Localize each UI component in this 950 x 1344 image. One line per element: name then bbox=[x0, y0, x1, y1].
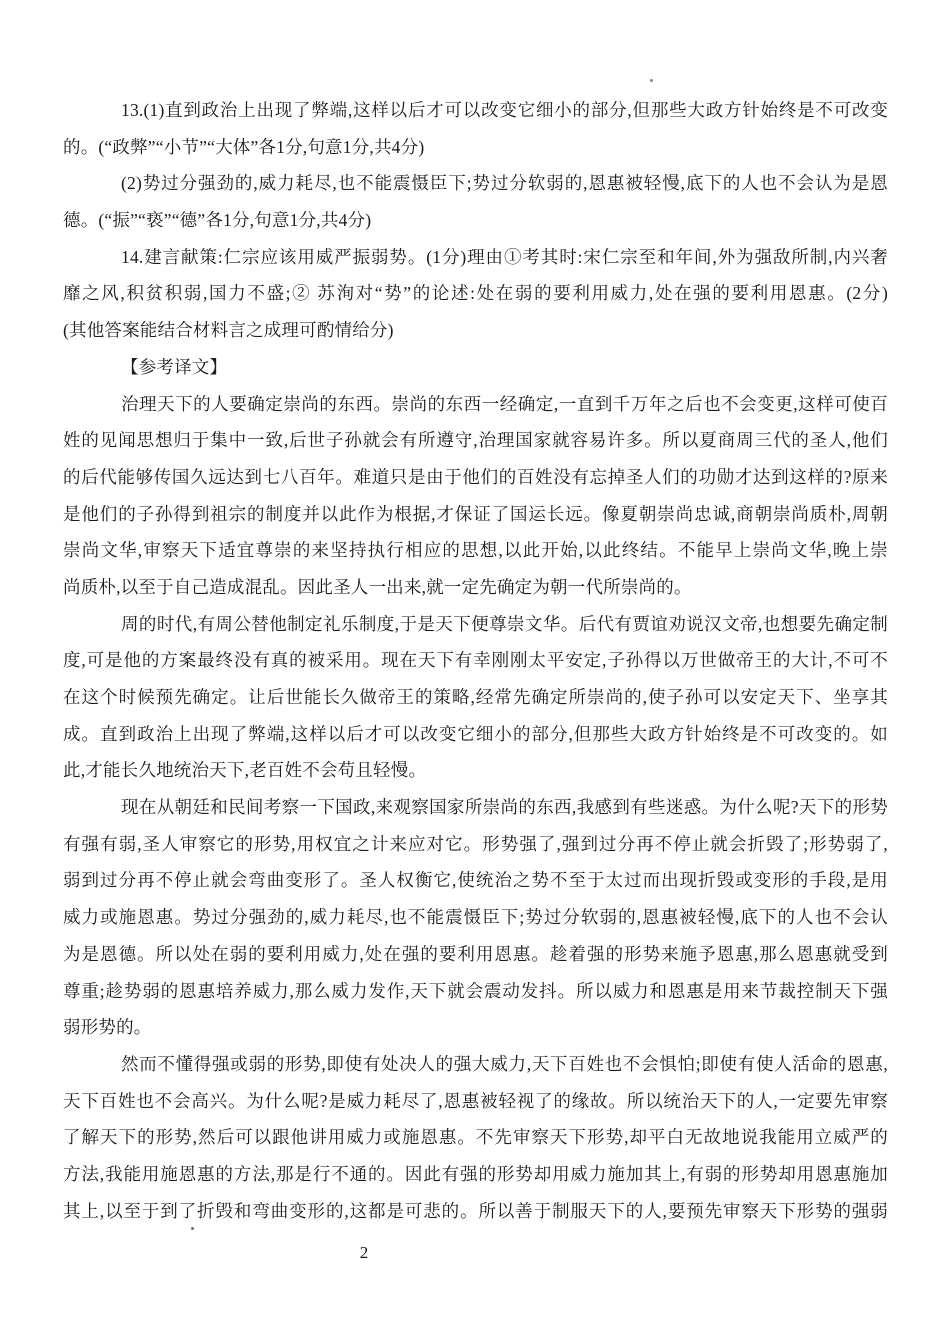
text-line: 【参考译文】 bbox=[63, 349, 888, 386]
text-line: 的后代能够传国久远达到七八百年。难道只是由于他们的百姓没有忘掉圣人们的功勋才达到… bbox=[63, 459, 888, 496]
text-line: 是他们的子孙得到祖宗的制度并以此作为根据,才保证了国运长远。像夏朝崇尚忠诚,商朝… bbox=[63, 496, 888, 533]
text-line: 在这个时候预先确定。让后世能长久做帝王的策略,经常先确定所崇尚的,使子孙可以安定… bbox=[63, 679, 888, 716]
text-line: 弱到过分再不停止就会弯曲变形了。圣人权衡它,使统治之势不至于太过而出现折毁或变形… bbox=[63, 862, 888, 899]
document-page: 13.(1)直到政治上出现了弊端,这样以后才可以改变它细小的部分,但那些大政方针… bbox=[0, 0, 950, 1344]
text-line: 天下百姓也不会高兴。为什么呢?是威力耗尽了,恩惠被轻视了的缘故。所以统治天下的人… bbox=[63, 1083, 888, 1120]
text-line: 靡之风,积贫积弱,国力不盛;② 苏洵对“势”的论述:处在弱的要利用威力,处在强的… bbox=[63, 275, 888, 312]
text-line: 治理天下的人要确定崇尚的东西。崇尚的东西一经确定,一直到千万年之后也不会变更,这… bbox=[63, 386, 888, 423]
stray-mark-icon bbox=[650, 79, 653, 82]
text-line: 威力或施恩惠。势过分强劲的,威力耗尽,也不能震慑臣下;势过分软弱的,恩惠被轻慢,… bbox=[63, 899, 888, 936]
text-line: 14.建言献策:仁宗应该用威严振弱势。(1分)理由①考其时:宋仁宗至和年间,外为… bbox=[63, 239, 888, 276]
text-line: 然而不懂得强或弱的形势,即使有处决人的强大威力,天下百姓也不会惧怕;即使有使人活… bbox=[63, 1046, 888, 1083]
text-line: 德。(“振”“亵”“德”各1分,句意1分,共4分) bbox=[63, 202, 888, 239]
text-line: (其他答案能结合材料言之成理可酌情给分) bbox=[63, 312, 888, 349]
text-line: 尊重;趁势弱的恩惠培养威力,那么威力发作,天下就会震动发抖。所以威力和恩惠是用来… bbox=[63, 973, 888, 1010]
document-body: 13.(1)直到政治上出现了弊端,这样以后才可以改变它细小的部分,但那些大政方针… bbox=[63, 92, 888, 1229]
text-line: 度,可是他的方案最终没有真的被采用。现在天下有幸刚刚太平安定,子孙得以万世做帝王… bbox=[63, 642, 888, 679]
text-line: 其上,以至于到了折毁和弯曲变形的,这都是可悲的。所以善于制服天下的人,要预先审察… bbox=[63, 1193, 888, 1230]
text-line: 弱形势的。 bbox=[63, 1009, 888, 1046]
text-line: 了解天下的形势,然后可以跟他讲用威力或施恩惠。不先审察天下形势,却平白无故地说我… bbox=[63, 1119, 888, 1156]
text-line: 成。直到政治上出现了弊端,这样以后才可以改变它细小的部分,但那些大政方针始终是不… bbox=[63, 716, 888, 753]
stray-mark-icon bbox=[191, 1227, 194, 1230]
text-line: 现在从朝廷和民间考察一下国政,来观察国家所崇尚的东西,我感到有些迷惑。为什么呢?… bbox=[63, 789, 888, 826]
text-line: 为是恩德。所以处在弱的要利用威力,处在强的要利用恩惠。趁着强的形势来施予恩惠,那… bbox=[63, 936, 888, 973]
text-line: 此,才能长久地统治天下,老百姓不会苟且轻慢。 bbox=[63, 752, 888, 789]
text-line: 有强有弱,圣人审察它的形势,用权宜之计来应对它。形势强了,强到过分再不停止就会折… bbox=[63, 826, 888, 863]
page-number: 2 bbox=[346, 1238, 382, 1268]
text-line: (2)势过分强劲的,威力耗尽,也不能震慑臣下;势过分软弱的,恩惠被轻慢,底下的人… bbox=[63, 165, 888, 202]
text-line: 的。(“政弊”“小节”“大体”各1分,句意1分,共4分) bbox=[63, 129, 888, 166]
text-line: 姓的见闻思想归于集中一致,后世子孙就会有所遵守,治理国家就容易许多。所以夏商周三… bbox=[63, 422, 888, 459]
text-line: 周的时代,有周公替他制定礼乐制度,于是天下便尊崇文华。后代有贾谊劝说汉文帝,也想… bbox=[63, 606, 888, 643]
text-line: 尚质朴,以至于自己造成混乱。因此圣人一出来,就一定先确定为朝一代所崇尚的。 bbox=[63, 569, 888, 606]
text-line: 13.(1)直到政治上出现了弊端,这样以后才可以改变它细小的部分,但那些大政方针… bbox=[63, 92, 888, 129]
text-line: 崇尚文华,审察天下适宜尊崇的来坚持执行相应的思想,以此开始,以此终结。不能早上崇… bbox=[63, 532, 888, 569]
text-line: 方法,我能用施恩惠的方法,那是行不通的。因此有强的形势却用威力施加其上,有弱的形… bbox=[63, 1156, 888, 1193]
